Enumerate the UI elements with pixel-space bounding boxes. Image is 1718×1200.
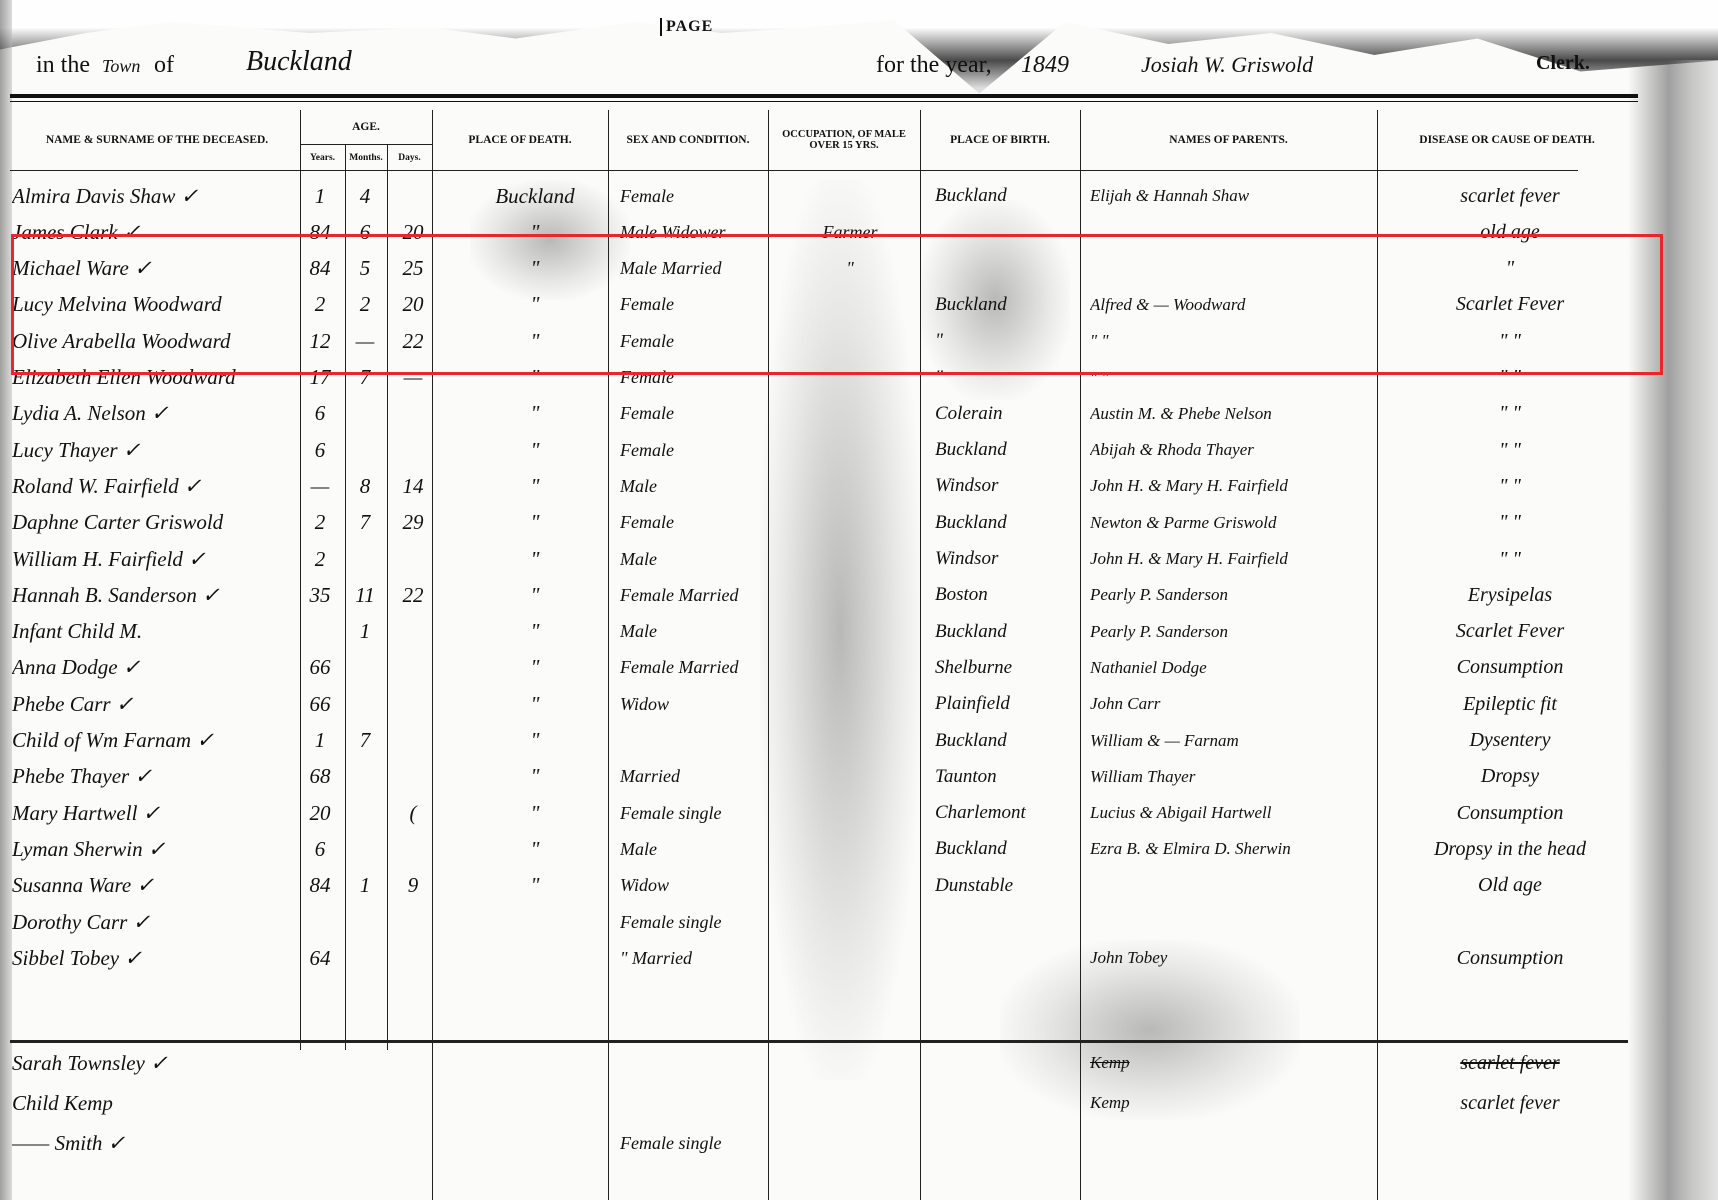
- of-label: of: [154, 52, 174, 79]
- header-parents: NAMES OF PARENTS.: [1080, 110, 1377, 170]
- section-rule: [10, 1040, 1628, 1043]
- place-of-death: ": [455, 723, 615, 759]
- place-of-death: ": [455, 505, 615, 541]
- age-years: [300, 1125, 340, 1161]
- age-months: [345, 940, 385, 976]
- deceased-name: Dorothy Carr ✓: [12, 904, 297, 940]
- deceased-name: Hannah B. Sanderson ✓: [12, 577, 297, 613]
- cause-of-death: Dropsy in the head: [1390, 831, 1630, 867]
- parents: Nathaniel Dodge: [1090, 650, 1380, 686]
- parents: Ezra B. & Elmira D. Sherwin: [1090, 831, 1380, 867]
- table-row: Mary Hartwell ✓ 20 ( " Female single Cha…: [10, 795, 1628, 831]
- sex-condition: Female: [620, 396, 770, 432]
- parents: [1090, 214, 1380, 250]
- age-days: [388, 686, 438, 722]
- deceased-name: Roland W. Fairfield ✓: [12, 468, 297, 504]
- age-months: 1: [345, 868, 385, 904]
- place-of-birth: [935, 214, 1085, 250]
- deceased-name: Lucy Melvina Woodward: [12, 287, 297, 323]
- age-months: 7: [345, 505, 385, 541]
- place-of-death: ": [455, 650, 615, 686]
- cause-of-death: ": [1390, 251, 1630, 287]
- place-of-birth: Buckland: [935, 178, 1085, 214]
- age-days: [388, 541, 438, 577]
- age-days: 20: [388, 287, 438, 323]
- place-of-death: Buckland: [455, 178, 615, 214]
- age-days: [388, 723, 438, 759]
- title-prefix: in the: [36, 52, 90, 79]
- table-row: Roland W. Fairfield ✓ — 8 14 " Male Wind…: [10, 468, 1628, 504]
- sex-condition: Female Married: [620, 650, 770, 686]
- header-days: Days.: [387, 148, 432, 168]
- place-of-death: ": [455, 214, 615, 250]
- header-rule: [10, 101, 1638, 102]
- age-months: 6: [345, 214, 385, 250]
- place-of-birth: ": [935, 323, 1085, 359]
- age-months: 7: [345, 723, 385, 759]
- place-of-death: ": [455, 614, 615, 650]
- table-row: Olive Arabella Woodward 12 — 22 " Female…: [10, 323, 1628, 359]
- place-of-death: [455, 1045, 615, 1081]
- table-row: Sarah Townsley ✓ Kemp scarlet fever: [10, 1045, 1628, 1081]
- age-days: [388, 759, 438, 795]
- sex-condition: Married: [620, 759, 770, 795]
- table-row: Lyman Sherwin ✓ 6 " Male Buckland Ezra B…: [10, 831, 1628, 867]
- occupation: [775, 759, 925, 795]
- age-months: [345, 686, 385, 722]
- age-months: 11: [345, 577, 385, 613]
- age-months: [345, 1085, 385, 1121]
- age-months: [345, 1125, 385, 1161]
- place-of-death: ": [455, 759, 615, 795]
- sex-condition: Widow: [620, 686, 770, 722]
- table-row: Elizabeth Ellen Woodward 17 7 — " Female…: [10, 360, 1628, 396]
- parents: Abijah & Rhoda Thayer: [1090, 432, 1380, 468]
- cause-of-death: Dysentery: [1390, 723, 1630, 759]
- age-divider: [300, 144, 432, 145]
- age-days: 22: [388, 577, 438, 613]
- parents: John Tobey: [1090, 940, 1380, 976]
- cause-of-death: scarlet fever: [1390, 178, 1630, 214]
- age-months: 2: [345, 287, 385, 323]
- sex-condition: Female single: [620, 795, 770, 831]
- age-years: 2: [300, 505, 340, 541]
- age-days: (: [388, 795, 438, 831]
- header-name: NAME & SURNAME OF THE DECEASED.: [14, 110, 300, 170]
- deceased-name: —— Smith ✓: [12, 1125, 297, 1161]
- age-months: [345, 1045, 385, 1081]
- cause-of-death: " ": [1390, 505, 1630, 541]
- parents: William & — Farnam: [1090, 723, 1380, 759]
- occupation: [775, 396, 925, 432]
- age-days: [388, 904, 438, 940]
- place-of-birth: Buckland: [935, 287, 1085, 323]
- deceased-name: Olive Arabella Woodward: [12, 323, 297, 359]
- table-row: Anna Dodge ✓ 66 " Female Married Shelbur…: [10, 650, 1628, 686]
- deceased-name: Lyman Sherwin ✓: [12, 831, 297, 867]
- occupation: [775, 1085, 925, 1121]
- age-days: [388, 1085, 438, 1121]
- place-of-birth: Dunstable: [935, 868, 1085, 904]
- year-value: 1849: [1021, 52, 1069, 79]
- age-years: 68: [300, 759, 340, 795]
- occupation: ": [775, 251, 925, 287]
- sex-condition: Male: [620, 541, 770, 577]
- cause-of-death: Old age: [1390, 868, 1630, 904]
- cause-of-death: scarlet fever: [1390, 1045, 1630, 1081]
- parents: [1090, 251, 1380, 287]
- age-days: 22: [388, 323, 438, 359]
- age-days: —: [388, 360, 438, 396]
- town-label: Town: [102, 56, 140, 77]
- occupation: [775, 795, 925, 831]
- age-days: 25: [388, 251, 438, 287]
- age-months: [345, 432, 385, 468]
- sex-condition: Female: [620, 432, 770, 468]
- place-of-birth: Charlemont: [935, 795, 1085, 831]
- place-of-birth: Windsor: [935, 468, 1085, 504]
- place-of-death: ": [455, 795, 615, 831]
- place-of-death: [455, 1085, 615, 1121]
- deceased-name: William H. Fairfield ✓: [12, 541, 297, 577]
- header-age: AGE.: [300, 110, 432, 144]
- table-row: Phebe Carr ✓ 66 " Widow Plainfield John …: [10, 686, 1628, 722]
- age-years: 6: [300, 831, 340, 867]
- table-row: Dorothy Carr ✓ Female single: [10, 904, 1628, 940]
- age-days: 29: [388, 505, 438, 541]
- place-of-death: [455, 904, 615, 940]
- parents: Lucius & Abigail Hartwell: [1090, 795, 1380, 831]
- age-years: [300, 1045, 340, 1081]
- table-row: Infant Child M. 1 " Male Buckland Pearly…: [10, 614, 1628, 650]
- table-row: James Clark ✓ 84 6 20 " Male Widower Far…: [10, 214, 1628, 250]
- sex-condition: [620, 1045, 770, 1081]
- place-of-death: ": [455, 360, 615, 396]
- place-of-death: ": [455, 432, 615, 468]
- age-years: 1: [300, 723, 340, 759]
- table-row: —— Smith ✓ Female single: [10, 1125, 1628, 1161]
- occupation: [775, 940, 925, 976]
- age-days: [388, 1045, 438, 1081]
- occupation: [775, 831, 925, 867]
- cause-of-death: [1390, 904, 1630, 940]
- age-years: 35: [300, 577, 340, 613]
- sex-condition: Female Married: [620, 577, 770, 613]
- parents: John H. & Mary H. Fairfield: [1090, 468, 1380, 504]
- age-years: 84: [300, 868, 340, 904]
- cause-of-death: Scarlet Fever: [1390, 287, 1630, 323]
- deceased-name: Sarah Townsley ✓: [12, 1045, 297, 1081]
- town-name: Buckland: [246, 46, 352, 78]
- age-months: 4: [345, 178, 385, 214]
- header-months: Months.: [345, 148, 387, 168]
- header-underline: [10, 170, 1578, 171]
- place-of-birth: Taunton: [935, 759, 1085, 795]
- place-of-death: ": [455, 831, 615, 867]
- occupation: [775, 650, 925, 686]
- header-years: Years.: [300, 148, 345, 168]
- place-of-death: ": [455, 577, 615, 613]
- cause-of-death: Epileptic fit: [1390, 686, 1630, 722]
- death-register-scan: PAGE in the Town of Buckland for the yea…: [0, 0, 1718, 1200]
- table-row: Daphne Carter Griswold 2 7 29 " Female B…: [10, 505, 1628, 541]
- parents: Kemp: [1090, 1085, 1380, 1121]
- sex-condition: Female single: [620, 904, 770, 940]
- occupation: [775, 287, 925, 323]
- age-years: 6: [300, 396, 340, 432]
- table-row: Lydia A. Nelson ✓ 6 " Female Colerain Au…: [10, 396, 1628, 432]
- place-of-birth: Boston: [935, 577, 1085, 613]
- place-of-death: [455, 1125, 615, 1161]
- place-of-birth: Buckland: [935, 723, 1085, 759]
- age-days: [388, 650, 438, 686]
- place-of-birth: ": [935, 360, 1085, 396]
- age-days: [388, 1125, 438, 1161]
- age-years: 2: [300, 287, 340, 323]
- place-of-birth: [935, 1085, 1085, 1121]
- place-of-death: ": [455, 541, 615, 577]
- place-of-death: ": [455, 323, 615, 359]
- deceased-name: Child Kemp: [12, 1085, 297, 1121]
- sex-condition: Male Married: [620, 251, 770, 287]
- deceased-name: Daphne Carter Griswold: [12, 505, 297, 541]
- header-sex-condition: SEX AND CONDITION.: [608, 110, 768, 170]
- parents: [1090, 1125, 1380, 1161]
- place-of-birth: Buckland: [935, 505, 1085, 541]
- occupation: [775, 505, 925, 541]
- age-years: [300, 904, 340, 940]
- age-years: 17: [300, 360, 340, 396]
- cause-of-death: Scarlet Fever: [1390, 614, 1630, 650]
- table-row: Sibbel Tobey ✓ 64 " Married John Tobey C…: [10, 940, 1628, 976]
- table-row: Phebe Thayer ✓ 68 " Married Taunton Will…: [10, 759, 1628, 795]
- place-of-death: ": [455, 686, 615, 722]
- table-row: Lucy Melvina Woodward 2 2 20 " Female Bu…: [10, 287, 1628, 323]
- deceased-name: Phebe Carr ✓: [12, 686, 297, 722]
- cause-of-death: Consumption: [1390, 795, 1630, 831]
- sex-condition: Male: [620, 468, 770, 504]
- cause-of-death: Erysipelas: [1390, 577, 1630, 613]
- register-title: in the Town of Buckland for the year, 18…: [36, 52, 1628, 92]
- place-of-birth: Shelburne: [935, 650, 1085, 686]
- table-row: Almira Davis Shaw ✓ 1 4 Buckland Female …: [10, 178, 1628, 214]
- place-of-death: [455, 940, 615, 976]
- sex-condition: Female: [620, 323, 770, 359]
- table-row: Lucy Thayer ✓ 6 " Female Buckland Abijah…: [10, 432, 1628, 468]
- occupation: [775, 432, 925, 468]
- age-years: —: [300, 468, 340, 504]
- header-cause: DISEASE OR CAUSE OF DEATH.: [1377, 110, 1637, 170]
- age-days: 20: [388, 214, 438, 250]
- cause-of-death: " ": [1390, 468, 1630, 504]
- age-days: [388, 396, 438, 432]
- cause-of-death: Consumption: [1390, 940, 1630, 976]
- age-days: [388, 432, 438, 468]
- cause-of-death: scarlet fever: [1390, 1085, 1630, 1121]
- place-of-birth: [935, 904, 1085, 940]
- age-months: [345, 831, 385, 867]
- table-row: Hannah B. Sanderson ✓ 35 11 22 " Female …: [10, 577, 1628, 613]
- place-of-birth: Colerain: [935, 396, 1085, 432]
- deceased-name: Michael Ware ✓: [12, 251, 297, 287]
- deceased-name: Almira Davis Shaw ✓: [12, 178, 297, 214]
- age-years: 6: [300, 432, 340, 468]
- parents: [1090, 868, 1380, 904]
- age-months: 7: [345, 360, 385, 396]
- age-days: [388, 831, 438, 867]
- table-row: Michael Ware ✓ 84 5 25 " Male Married " …: [10, 251, 1628, 287]
- place-of-death: ": [455, 868, 615, 904]
- age-days: [388, 178, 438, 214]
- occupation: [775, 1045, 925, 1081]
- deceased-name: Lucy Thayer ✓: [12, 432, 297, 468]
- cause-of-death: " ": [1390, 360, 1630, 396]
- sex-condition: [620, 723, 770, 759]
- sex-condition: Male: [620, 831, 770, 867]
- occupation: [775, 468, 925, 504]
- cause-of-death: " ": [1390, 432, 1630, 468]
- occupation: [775, 541, 925, 577]
- header-place-of-death: PLACE OF DEATH.: [432, 110, 608, 170]
- place-of-death: ": [455, 287, 615, 323]
- parents: Pearly P. Sanderson: [1090, 577, 1380, 613]
- parents: Alfred & — Woodward: [1090, 287, 1380, 323]
- parents: " ": [1090, 323, 1380, 359]
- sex-condition: Male: [620, 614, 770, 650]
- occupation: [775, 1125, 925, 1161]
- year-label: for the year,: [876, 52, 992, 79]
- age-years: 64: [300, 940, 340, 976]
- torn-right-edge: [1628, 60, 1718, 1200]
- place-of-birth: [935, 1125, 1085, 1161]
- table-row: Child Kemp Kemp scarlet fever: [10, 1085, 1628, 1121]
- deceased-name: Anna Dodge ✓: [12, 650, 297, 686]
- occupation: [775, 686, 925, 722]
- table-row: Susanna Ware ✓ 84 1 9 " Widow Dunstable …: [10, 868, 1628, 904]
- occupation: [775, 614, 925, 650]
- age-years: 20: [300, 795, 340, 831]
- age-months: [345, 650, 385, 686]
- age-years: [300, 614, 340, 650]
- parents: Pearly P. Sanderson: [1090, 614, 1380, 650]
- age-years: 84: [300, 251, 340, 287]
- sex-condition: Female: [620, 505, 770, 541]
- deceased-name: Phebe Thayer ✓: [12, 759, 297, 795]
- cause-of-death: " ": [1390, 396, 1630, 432]
- cause-of-death: " ": [1390, 323, 1630, 359]
- place-of-death: ": [455, 468, 615, 504]
- cause-of-death: Dropsy: [1390, 759, 1630, 795]
- sex-condition: [620, 1085, 770, 1121]
- age-months: 5: [345, 251, 385, 287]
- cause-of-death: old age: [1390, 214, 1630, 250]
- occupation: [775, 178, 925, 214]
- age-months: 8: [345, 468, 385, 504]
- age-years: 12: [300, 323, 340, 359]
- sex-condition: Female: [620, 287, 770, 323]
- place-of-birth: [935, 940, 1085, 976]
- age-years: 2: [300, 541, 340, 577]
- occupation: [775, 360, 925, 396]
- place-of-birth: [935, 251, 1085, 287]
- clerk-label: Clerk.: [1536, 52, 1590, 75]
- deceased-name: Elizabeth Ellen Woodward: [12, 360, 297, 396]
- sex-condition: Female: [620, 178, 770, 214]
- sex-condition: Female: [620, 360, 770, 396]
- place-of-death: ": [455, 251, 615, 287]
- place-of-birth: Buckland: [935, 831, 1085, 867]
- occupation: [775, 323, 925, 359]
- occupation: [775, 723, 925, 759]
- age-months: [345, 396, 385, 432]
- clerk-name: Josiah W. Griswold: [1141, 52, 1313, 78]
- header-rule: [10, 94, 1638, 98]
- deceased-name: Susanna Ware ✓: [12, 868, 297, 904]
- page-label: PAGE: [660, 18, 713, 36]
- age-days: [388, 614, 438, 650]
- occupation: [775, 868, 925, 904]
- occupation: [775, 577, 925, 613]
- age-days: 9: [388, 868, 438, 904]
- age-months: [345, 795, 385, 831]
- occupation: [775, 904, 925, 940]
- age-months: [345, 759, 385, 795]
- sex-condition: Male Widower: [620, 214, 770, 250]
- parents: Austin M. & Phebe Nelson: [1090, 396, 1380, 432]
- parents: Newton & Parme Griswold: [1090, 505, 1380, 541]
- sex-condition: Female single: [620, 1125, 770, 1161]
- parents: Elijah & Hannah Shaw: [1090, 178, 1380, 214]
- header-occupation: OCCUPATION, OF MALE OVER 15 YRS.: [768, 110, 920, 170]
- cause-of-death: " ": [1390, 541, 1630, 577]
- parents: [1090, 904, 1380, 940]
- place-of-birth: Windsor: [935, 541, 1085, 577]
- age-years: 66: [300, 650, 340, 686]
- parents: Kemp: [1090, 1045, 1380, 1081]
- age-months: [345, 904, 385, 940]
- age-years: 1: [300, 178, 340, 214]
- deceased-name: Lydia A. Nelson ✓: [12, 396, 297, 432]
- place-of-birth: Buckland: [935, 432, 1085, 468]
- deceased-name: Child of Wm Farnam ✓: [12, 723, 297, 759]
- place-of-birth: [935, 1045, 1085, 1081]
- age-years: 66: [300, 686, 340, 722]
- age-days: [388, 940, 438, 976]
- parents: " ": [1090, 360, 1380, 396]
- age-years: 84: [300, 214, 340, 250]
- parents: John Carr: [1090, 686, 1380, 722]
- sex-condition: Widow: [620, 868, 770, 904]
- age-years: [300, 1085, 340, 1121]
- place-of-birth: Buckland: [935, 614, 1085, 650]
- deceased-name: James Clark ✓: [12, 214, 297, 250]
- sex-condition: " Married: [620, 940, 770, 976]
- cause-of-death: Consumption: [1390, 650, 1630, 686]
- header-place-of-birth: PLACE OF BIRTH.: [920, 110, 1080, 170]
- age-days: 14: [388, 468, 438, 504]
- place-of-death: ": [455, 396, 615, 432]
- table-row: William H. Fairfield ✓ 2 " Male Windsor …: [10, 541, 1628, 577]
- table-row: Child of Wm Farnam ✓ 1 7 " Buckland Will…: [10, 723, 1628, 759]
- deceased-name: Infant Child M.: [12, 614, 297, 650]
- deceased-name: Sibbel Tobey ✓: [12, 940, 297, 976]
- parents: William Thayer: [1090, 759, 1380, 795]
- deceased-name: Mary Hartwell ✓: [12, 795, 297, 831]
- occupation: Farmer: [775, 214, 925, 250]
- place-of-birth: Plainfield: [935, 686, 1085, 722]
- cause-of-death: [1390, 1125, 1630, 1161]
- age-months: —: [345, 323, 385, 359]
